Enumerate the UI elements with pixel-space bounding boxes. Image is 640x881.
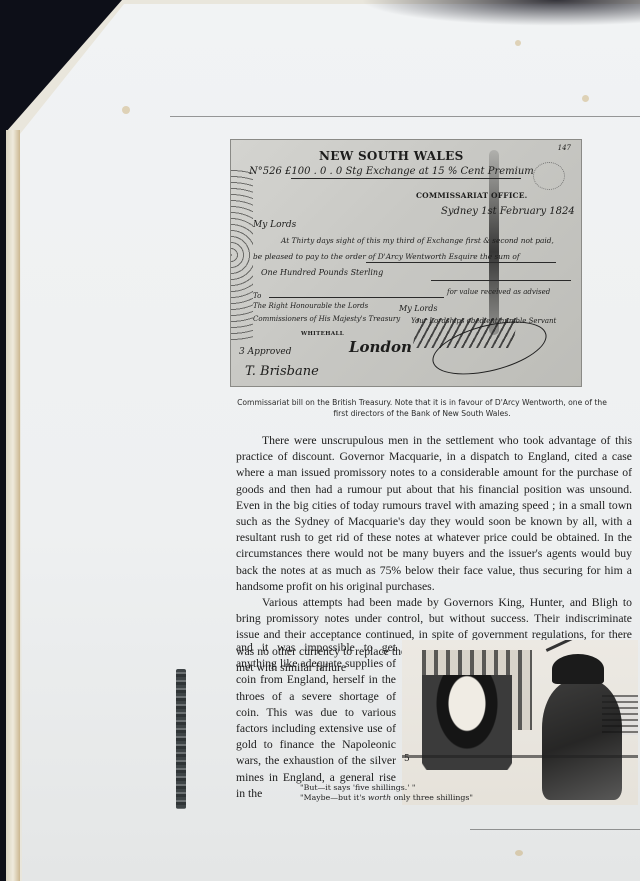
foxing-stain bbox=[515, 40, 521, 46]
paragraph-continued: and it was impossible to get anything li… bbox=[236, 640, 396, 802]
bill-amount-line: N°526 £100 . 0 . 0 Stg Exchange at 15 % … bbox=[249, 166, 534, 177]
paragraph: There were unscrupulous men in the settl… bbox=[236, 433, 632, 595]
caption-text: "Maybe—but it's bbox=[300, 793, 368, 802]
bill-corner-number: 147 bbox=[558, 144, 571, 152]
woman-figure bbox=[542, 680, 622, 800]
bill-office: COMMISSARIAT OFFICE. bbox=[416, 191, 527, 200]
illustration-caption-line2: "Maybe—but it's worth only three shillin… bbox=[300, 793, 473, 802]
caption-emphasis: worth bbox=[368, 793, 391, 802]
foxing-stain bbox=[582, 95, 589, 102]
bottom-rule-line bbox=[470, 829, 640, 830]
bill-text-line: for value received as advised bbox=[447, 288, 550, 296]
illustration-caption-line1: "But—it says 'five shillings.' " bbox=[300, 783, 415, 792]
body-text-narrow: and it was impossible to get anything li… bbox=[236, 640, 396, 802]
scan-shadow bbox=[360, 0, 640, 26]
top-rule-line bbox=[170, 116, 640, 117]
commissariat-bill-photo: 147 NEW SOUTH WALES N°526 £100 . 0 . 0 S… bbox=[230, 139, 582, 387]
stamp-mark bbox=[533, 162, 565, 190]
bill-date: Sydney 1st February 1824 bbox=[441, 206, 575, 217]
bill-title: NEW SOUTH WALES bbox=[319, 149, 464, 163]
bill-approved: 3 Approved bbox=[239, 347, 292, 357]
bill-approver-signature: T. Brisbane bbox=[245, 364, 319, 379]
bill-whitehall: WHITEHALL bbox=[301, 331, 344, 337]
bill-text-line: At Thirty days sight of this my third of… bbox=[281, 236, 554, 245]
foxing-stain bbox=[515, 850, 523, 856]
bill-to: To bbox=[253, 292, 261, 300]
caption-text: only three shillings" bbox=[391, 793, 473, 802]
bill-text-line: be pleased to pay to the order of D'Arcy… bbox=[253, 252, 520, 261]
page-stack-edge bbox=[6, 130, 20, 881]
bill-closing: My Lords bbox=[399, 304, 437, 313]
bill-addressee: Commissioners of His Majesty's Treasury bbox=[253, 315, 400, 323]
figure-caption: Commissariat bill on the British Treasur… bbox=[232, 398, 612, 419]
foxing-stain bbox=[122, 106, 130, 114]
margin-scan-artifact bbox=[176, 669, 186, 809]
page-number: 5 bbox=[404, 754, 410, 764]
ornamental-border bbox=[231, 170, 253, 340]
bill-text-line: One Hundred Pounds Sterling bbox=[261, 268, 383, 277]
bill-addressee: The Right Honourable the Lords bbox=[253, 302, 368, 310]
illustration-shopkeeper-scene bbox=[402, 640, 638, 805]
bill-salutation: My Lords bbox=[253, 220, 296, 230]
bill-london: London bbox=[349, 338, 412, 356]
counter-drawing bbox=[402, 755, 638, 758]
